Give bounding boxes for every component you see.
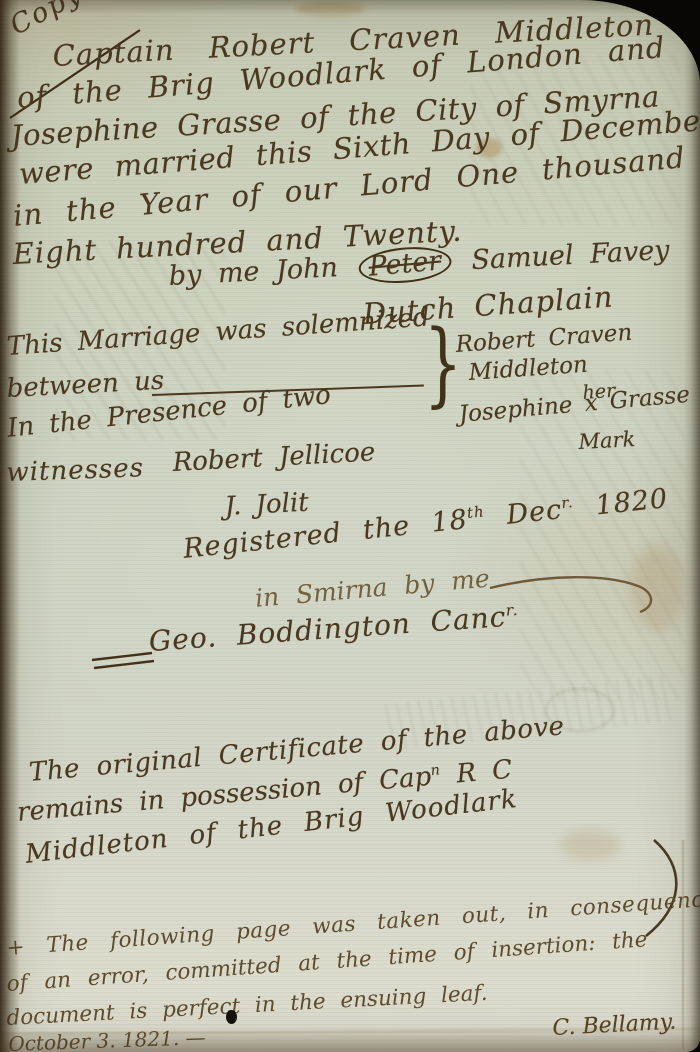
edge-shadow-bottom [0,1030,700,1052]
registrar-signature: Geo. Boddington Cancr. [148,602,520,656]
witness-signature: J. Jolit [224,490,309,520]
ink-blot [226,1010,237,1024]
photographed-register-scan: Copy Captain Robert Craven Middleton of … [0,0,700,1052]
registration-text: Dec [483,494,563,533]
registrar-sup: r. [505,601,519,620]
groom-signature: Middleton [468,354,589,385]
binding-gutter-shadow [0,0,20,1052]
officiant-by-me: by me John [168,252,339,292]
manuscript-page: Copy Captain Robert Craven Middleton of … [0,0,700,1052]
edge-shadow-right [684,0,700,1052]
officiant-name: Samuel Favey [471,235,671,276]
solemnization-line: between us [6,368,165,402]
registrar-text: Geo. Boddington Canc [148,600,508,658]
bride-signature: Josephine x Grasse [458,384,691,427]
registration-text: 1820 [573,483,670,524]
witness-signature: Robert Jellicoe [172,439,376,476]
solemnization-line: This Marriage was solemnized [6,304,430,359]
struck-name: Peter [357,244,452,287]
edge-shadow-top [0,0,700,14]
bride-mark-label: Mark [578,429,636,453]
witness-clause: witnesses [6,455,144,486]
stain [560,830,620,860]
groom-signature: Robert Craven [455,322,633,357]
